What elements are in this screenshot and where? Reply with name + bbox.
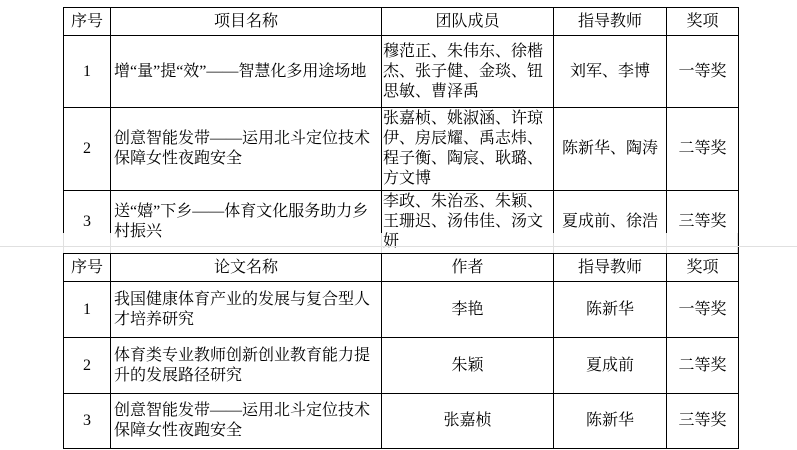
papers-header-row: 序号 论文名称 作者 指导教师 奖项 [64,254,739,282]
column-header-advisors: 指导教师 [554,8,667,36]
gridline [110,233,111,253]
column-header-author: 作者 [382,254,554,282]
column-header-serial: 序号 [64,254,111,282]
gridline [553,233,554,253]
table-row: 1 增“量”提“效”——智慧化多用途场地 穆范正、朱伟东、徐楷杰、张子健、金琰、… [64,36,739,108]
column-header-project-name: 项目名称 [111,8,382,36]
gridline [0,246,797,247]
cell-award: 一等奖 [667,282,739,338]
column-header-team-members: 团队成员 [382,8,554,36]
cell-advisors: 陈新华、陶涛 [554,108,667,191]
column-header-serial: 序号 [64,8,111,36]
cell-advisors: 陈新华 [554,394,667,449]
cell-award: 三等奖 [667,191,739,254]
column-header-advisors: 指导教师 [554,254,667,282]
cell-award: 二等奖 [667,108,739,191]
gridline [63,233,64,253]
column-header-award: 奖项 [667,254,739,282]
cell-project-name: 送“嬉”下乡——体育文化服务助力乡村振兴 [111,191,382,254]
gridline [381,233,382,253]
table-row: 1 我国健康体育产业的发展与复合型人才培养研究 李艳 陈新华 一等奖 [64,282,739,338]
table-row: 2 创意智能发带——运用北斗定位技术保障女性夜跑安全 张嘉桢、姚淑涵、许琼伊、房… [64,108,739,191]
cell-serial: 3 [64,191,111,254]
column-header-paper-name: 论文名称 [111,254,382,282]
cell-serial: 1 [64,36,111,108]
papers-table: 序号 论文名称 作者 指导教师 奖项 1 我国健康体育产业的发展与复合型人才培养… [63,253,739,449]
cell-award: 三等奖 [667,394,739,449]
cell-award: 二等奖 [667,338,739,394]
cell-project-name: 创意智能发带——运用北斗定位技术保障女性夜跑安全 [111,108,382,191]
cell-serial: 2 [64,108,111,191]
cell-serial: 2 [64,338,111,394]
gridline [737,233,738,253]
cell-award: 一等奖 [667,36,739,108]
gridline [666,233,667,253]
cell-paper-name: 我国健康体育产业的发展与复合型人才培养研究 [111,282,382,338]
cell-paper-name: 体育类专业教师创新创业教育能力提升的发展路径研究 [111,338,382,394]
column-header-award: 奖项 [667,8,739,36]
projects-header-row: 序号 项目名称 团队成员 指导教师 奖项 [64,8,739,36]
cell-advisors: 夏成前、徐浩 [554,191,667,254]
cell-advisors: 刘军、李博 [554,36,667,108]
cell-serial: 1 [64,282,111,338]
cell-advisors: 夏成前 [554,338,667,394]
table-row: 2 体育类专业教师创新创业教育能力提升的发展路径研究 朱颖 夏成前 二等奖 [64,338,739,394]
cell-project-name: 增“量”提“效”——智慧化多用途场地 [111,36,382,108]
cell-serial: 3 [64,394,111,449]
cell-author: 李艳 [382,282,554,338]
cell-paper-name: 创意智能发带——运用北斗定位技术保障女性夜跑安全 [111,394,382,449]
cell-author: 张嘉桢 [382,394,554,449]
table-row: 3 送“嬉”下乡——体育文化服务助力乡村振兴 李政、朱治丞、朱颖、王珊迟、汤伟佳… [64,191,739,254]
cell-advisors: 陈新华 [554,282,667,338]
cell-team-members: 穆范正、朱伟东、徐楷杰、张子健、金琰、钮思敏、曹泽禹 [382,36,554,108]
cell-team-members: 李政、朱治丞、朱颖、王珊迟、汤伟佳、汤文妍 [382,191,554,254]
cell-team-members: 张嘉桢、姚淑涵、许琼伊、房辰耀、禹志炜、程子衡、陶宸、耿璐、方文博 [382,108,554,191]
projects-table: 序号 项目名称 团队成员 指导教师 奖项 1 增“量”提“效”——智慧化多用途场… [63,7,739,254]
table-row: 3 创意智能发带——运用北斗定位技术保障女性夜跑安全 张嘉桢 陈新华 三等奖 [64,394,739,449]
cell-author: 朱颖 [382,338,554,394]
